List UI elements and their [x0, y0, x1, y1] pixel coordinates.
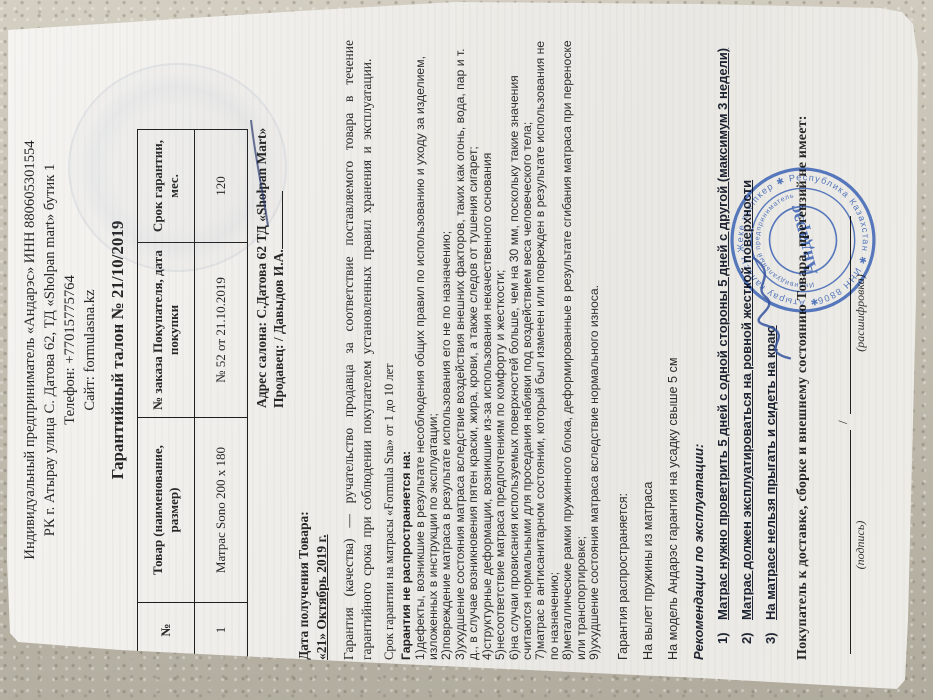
cell-product: Матрас Sono 200 x 180 [194, 418, 247, 603]
company-address-line: РК г. Атырау улица С. Датова 62, ТД «Sho… [40, 40, 60, 660]
not-covered-item: 7)матрас в антисанитарном состоянии, кот… [534, 40, 561, 660]
receive-date-label: Дата получения Товара: [295, 40, 313, 660]
handwritten-signature [729, 235, 812, 372]
not-covered-item: 4)структурные деформации, возникшие из-з… [481, 40, 494, 660]
not-covered-item: 6)на случаи провисания используемых пове… [508, 40, 535, 660]
recommendations-title: Рекомендации по эксплуатации: [691, 40, 706, 660]
receive-date-block: Дата получения Товара: «21» Октябрь 2019… [295, 40, 331, 660]
signature-line [836, 430, 851, 654]
col-header-number: № [137, 603, 194, 658]
warranty-term-line: Срок гарантии на матрасы «Formula Sna» о… [382, 40, 397, 660]
signature-row: / [835, 40, 851, 660]
covered-item: На модель Андарэс гарантия на усадку свы… [666, 40, 680, 660]
signature-separator: / [835, 414, 851, 430]
paper-sheet: Индивидуальный предприниматель «Андарэс»… [0, 0, 933, 700]
col-header-product: Товар (наименование, размер) [137, 418, 194, 603]
photo-of-warranty-card: Индивидуальный предприниматель «Андарэс»… [0, 0, 933, 700]
not-covered-title: Гарантия не распространяется на: [400, 40, 413, 660]
covered-item: На вылет пружины из матраса [641, 40, 655, 660]
warranty-definition-paragraph: Гарантия (качества) — ручательство прода… [340, 40, 375, 660]
signature-label: (подпись) [853, 430, 868, 660]
covered-title: Гарантия распространяется: [616, 40, 630, 660]
receive-date-value: «21» Октябрь 2019 г. [313, 40, 331, 660]
signature-labels: (подпись) (расшифровка) [853, 40, 868, 660]
not-covered-item: 2)повреждение матраса в результате испол… [440, 40, 453, 660]
not-covered-item: 8)металлические рамки пружинного блока, … [561, 40, 588, 660]
seller-signature-line [282, 191, 283, 249]
warranty-document: Индивидуальный предприниматель «Андарэс»… [10, 10, 922, 690]
not-covered-item: 1)дефекты, возникшие в результате несобл… [414, 40, 441, 660]
seller-line: Продавец: / Давыдов И.А. [270, 40, 288, 408]
salon-address: Адрес салона: С.Датова 62 ТД «Sholpan Ma… [253, 40, 271, 408]
not-covered-section: Гарантия не распространяется на: 1)дефек… [400, 40, 601, 660]
recommendation-item: 1) Матрас нужно проветрить 5 дней с одно… [715, 40, 730, 660]
not-covered-item: 3)ухудшение состояния матраса вследствие… [454, 40, 481, 660]
covered-section: Гарантия распространяется: На вылет пруж… [616, 40, 680, 660]
not-covered-item: 5)несоответствие матраса предпочтениям п… [494, 40, 507, 660]
company-name-line: Индивидуальный предприниматель «Андарэс»… [20, 40, 40, 660]
not-covered-item: 9)ухудшение состояния матраса вследствие… [588, 40, 601, 660]
salon-block: Адрес салона: С.Датова 62 ТД «Sholpan Ma… [253, 40, 288, 408]
cell-number: 1 [194, 603, 247, 658]
